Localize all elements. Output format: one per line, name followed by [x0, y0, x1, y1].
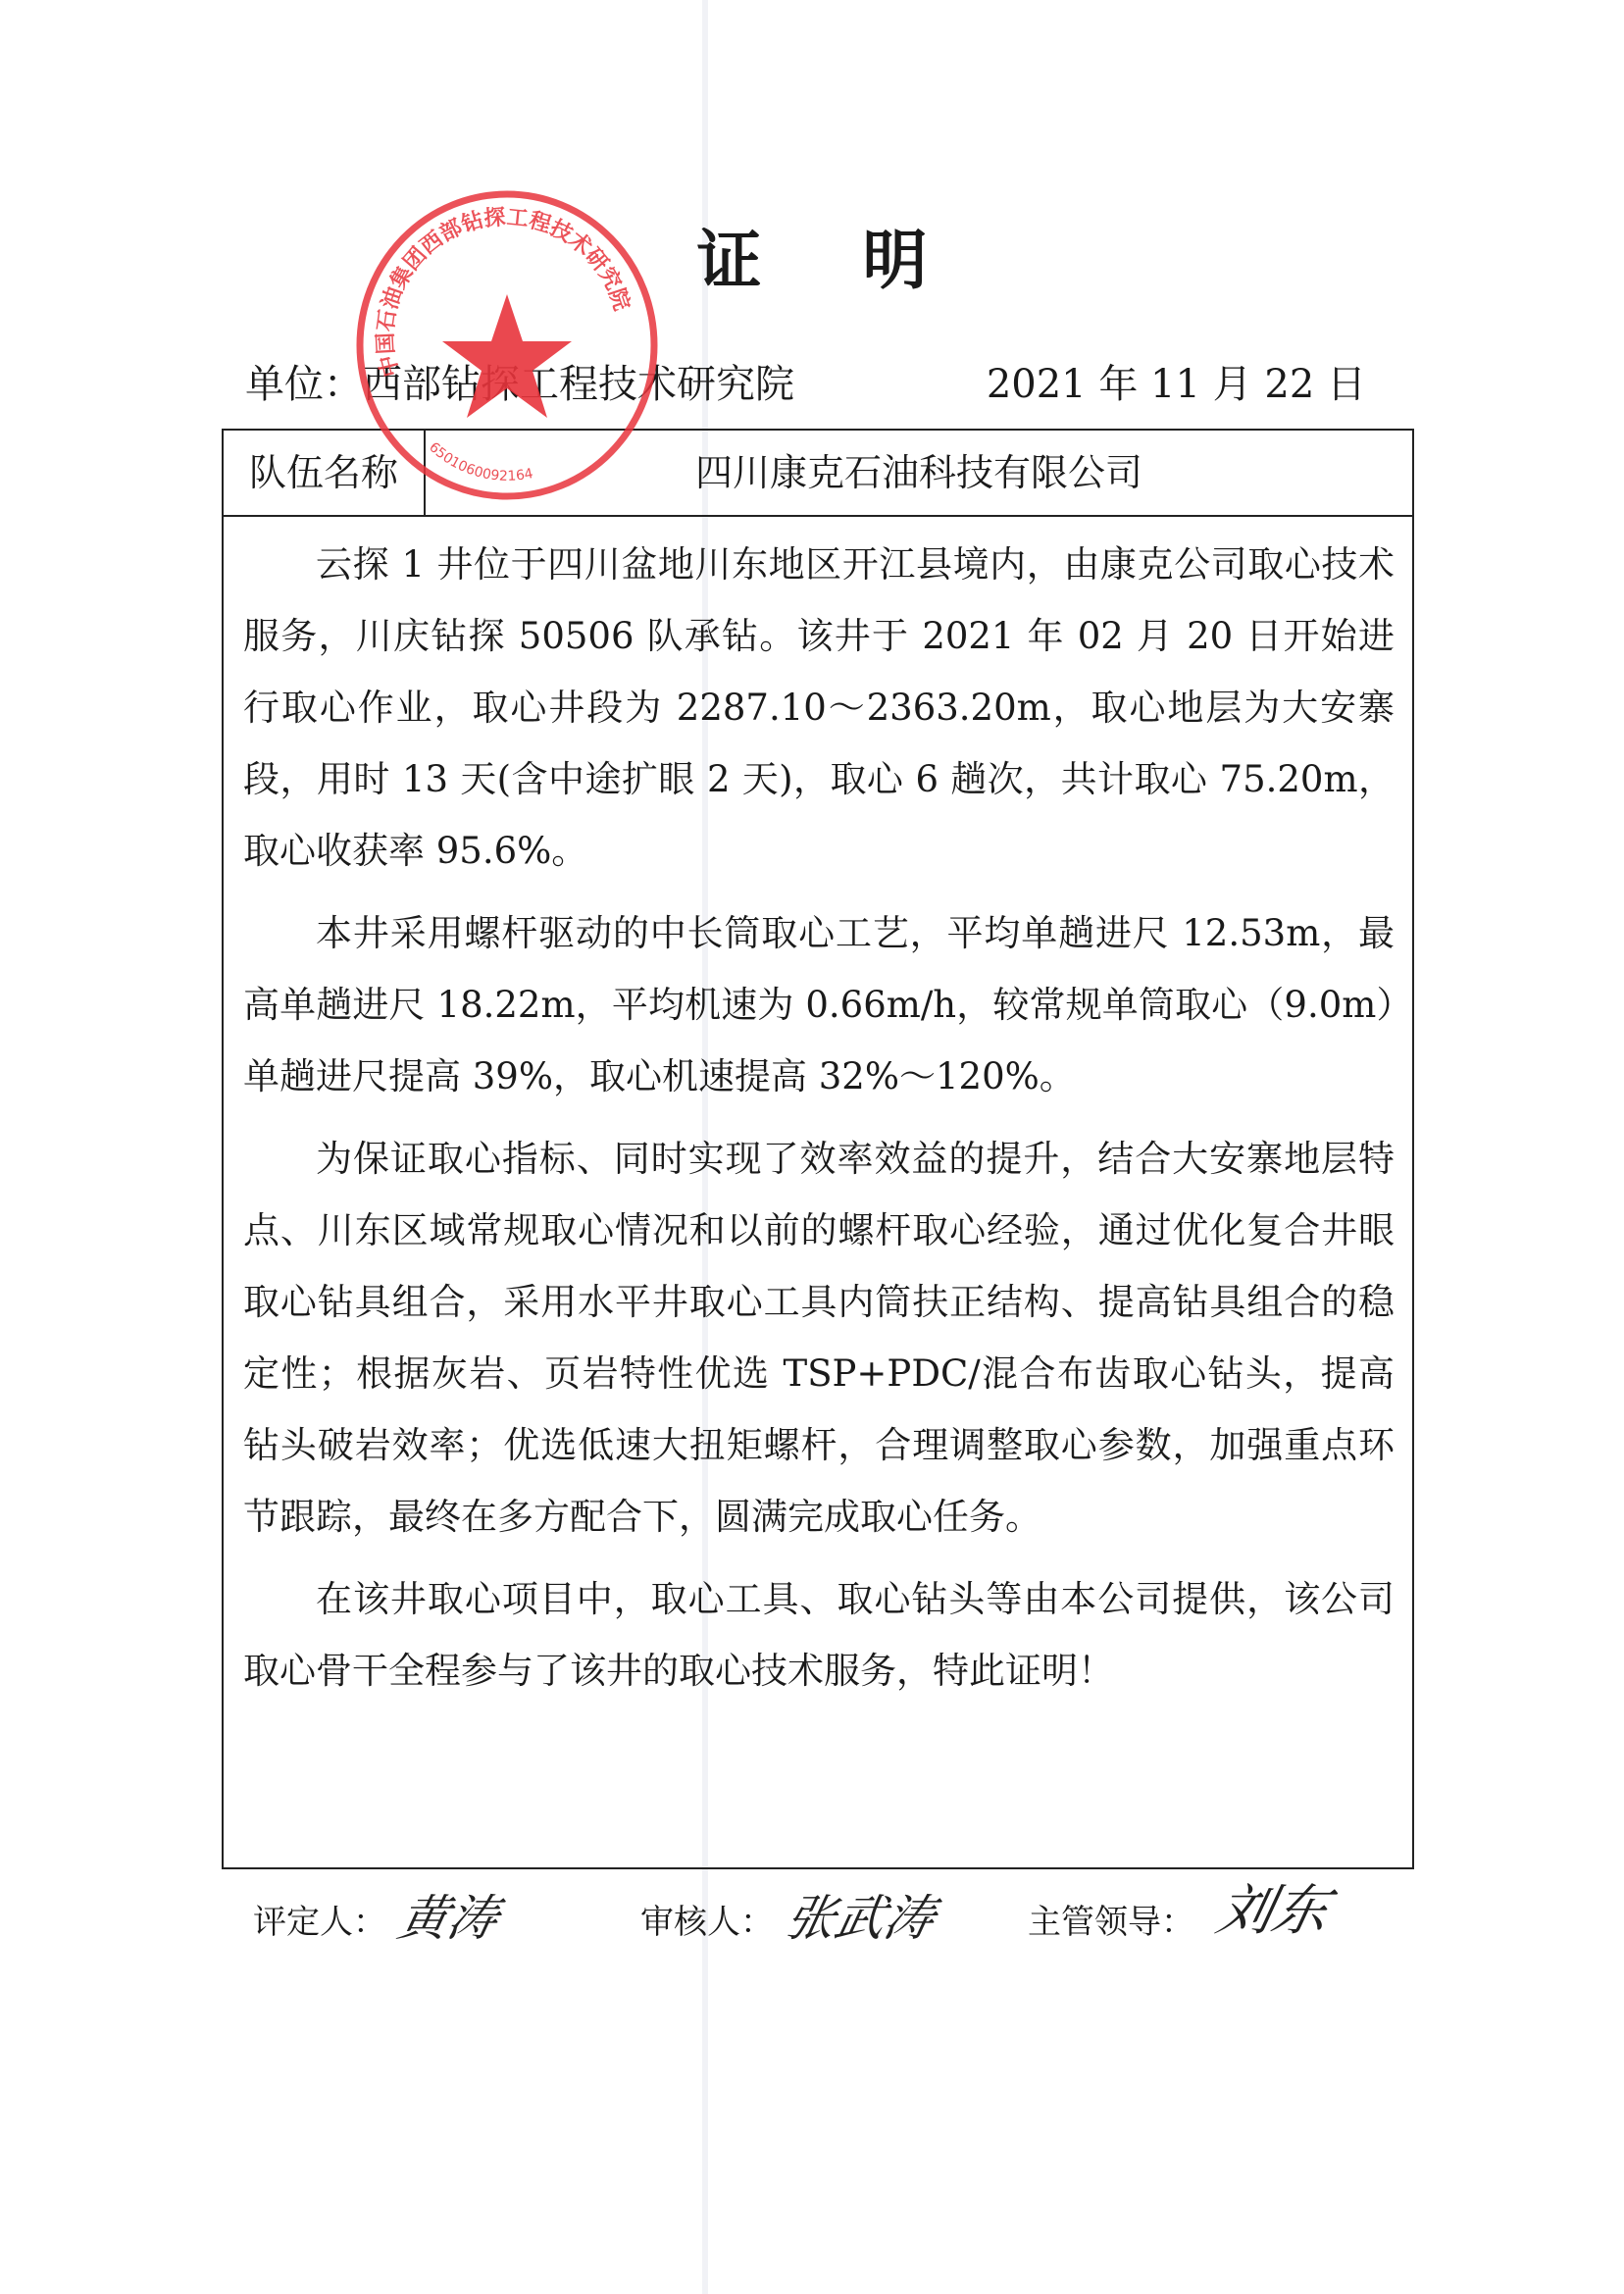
signature-row: 评定人： 黄涛 审核人： 张武涛 主管领导： 刘东 — [253, 1873, 1410, 2011]
document-date: 2021 年 11 月 22 日 — [987, 353, 1366, 409]
evaluator-label: 评定人： — [253, 1895, 386, 1943]
unit-line: 单位：西部钻探工程技术研究院 — [245, 353, 794, 409]
paragraph: 为保证取心指标、同时实现了效率效益的提升，结合大安寨地层特点、川东区域常规取心情… — [243, 1123, 1395, 1553]
supervisor-label: 主管领导： — [1028, 1895, 1194, 1943]
unit-value: 西部钻探工程技术研究院 — [363, 362, 794, 407]
team-row: 队伍名称 四川康克石油科技有限公司 — [224, 431, 1412, 517]
paragraph: 本井采用螺杆驱动的中长筒取心工艺，平均单趟进尺 12.53m，最高单趟进尺 18… — [243, 897, 1395, 1112]
certificate-table: 队伍名称 四川康克石油科技有限公司 云探 1 井位于四川盆地川东地区开江县境内，… — [222, 429, 1414, 1869]
unit-label: 单位： — [245, 362, 363, 407]
team-value: 四川康克石油科技有限公司 — [426, 431, 1412, 515]
page-title: 证 明 — [0, 208, 1624, 301]
reviewer-signature: 张武涛 — [780, 1879, 941, 1950]
evaluator-signature: 黄涛 — [392, 1879, 505, 1950]
paragraph: 在该井取心项目中，取心工具、取心钻头等由本公司提供，该公司取心骨干全程参与了该井… — [243, 1563, 1395, 1707]
supervisor-signature: 刘东 — [1210, 1867, 1337, 1946]
paragraph: 云探 1 井位于四川盆地川东地区开江县境内，由康克公司取心技术服务，川庆钻探 5… — [243, 529, 1395, 887]
reviewer-label: 审核人： — [640, 1895, 774, 1943]
certificate-body: 云探 1 井位于四川盆地川东地区开江县境内，由康克公司取心技术服务，川庆钻探 5… — [243, 529, 1395, 1717]
team-label: 队伍名称 — [224, 431, 426, 515]
